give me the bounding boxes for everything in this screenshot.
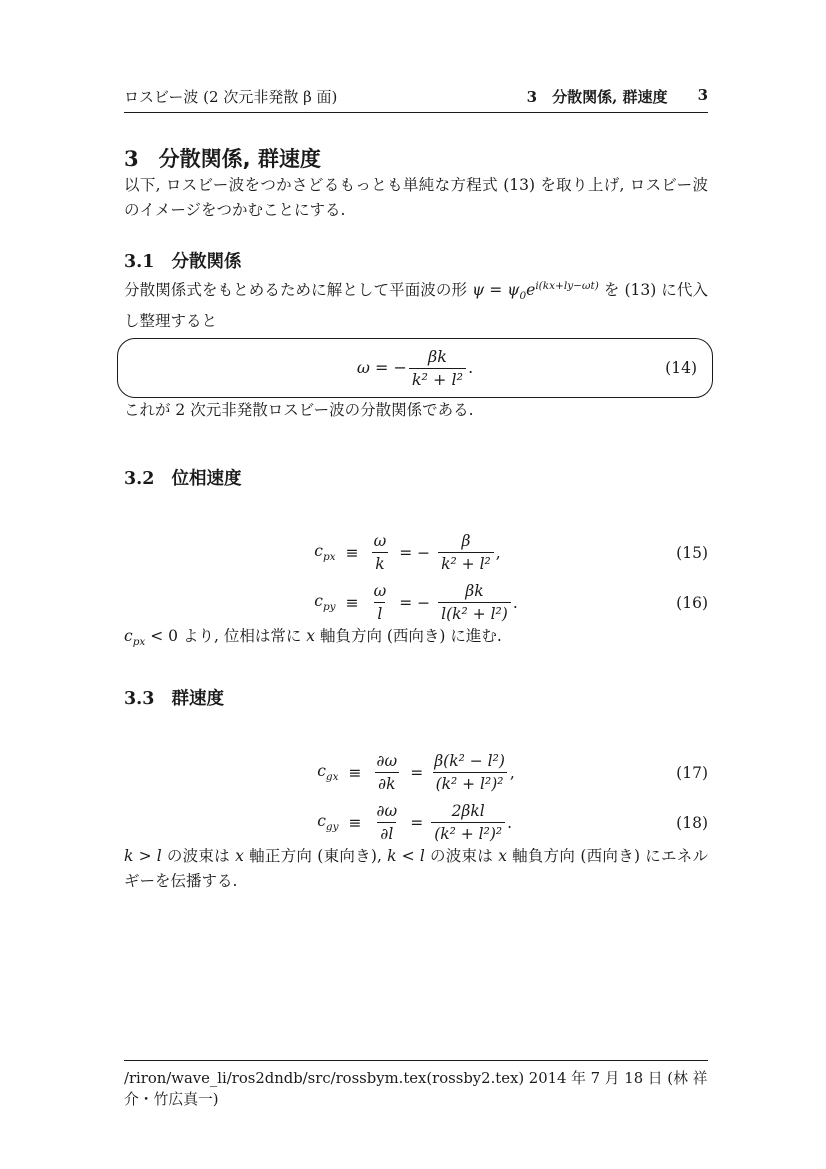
- paragraph-dispersion: 分散関係式をもとめるために解として平面波の形 ψ = ψ0ei(kx+ly−ωt…: [124, 274, 708, 334]
- eq16-punct: .: [513, 594, 518, 612]
- eq16-fraction-1: ωl: [371, 581, 390, 624]
- numerator: ∂ω: [374, 801, 401, 822]
- equation-group-phase-speed: cpx ≡ ωk= −βk² + l², (15) cpy ≡ ωl= −βkl…: [124, 531, 708, 624]
- eq14-denominator: k² + l²: [409, 368, 466, 390]
- math-cpx: cpx: [124, 627, 145, 645]
- header-document-title: ロスビー波 (2 次元非発散 β 面): [124, 86, 337, 107]
- math-c: c: [314, 592, 323, 610]
- eq18-relation: ≡: [349, 814, 362, 832]
- math-sub: py: [323, 601, 336, 613]
- eq16-rhs: ωl= −βkl(k² + l²).: [369, 581, 518, 624]
- eq17-punct: ,: [510, 764, 515, 782]
- text-segment: < 0 より, 位相は常に: [145, 627, 306, 645]
- spacer: [124, 772, 317, 773]
- text-segment: の波束は: [162, 847, 235, 865]
- math-c: c: [317, 762, 326, 780]
- equation-number-17: (17): [676, 764, 708, 782]
- numerator: ω: [371, 581, 390, 602]
- numerator: β(k² − l²): [431, 751, 508, 772]
- text-block: ロスビー波 (2 次元非発散 β 面) 3 分散関係, 群速度 3 3分散関係,…: [124, 0, 708, 894]
- eq14-lhs: ω = −: [357, 358, 407, 377]
- eq18-punct: .: [507, 814, 512, 832]
- intro-paragraph: 以下, ロスビー波をつかさどるもっとも単純な方程式 (13) を取り上げ, ロス…: [124, 173, 708, 223]
- eq16-lhs: cpy: [314, 592, 335, 613]
- page-footer: /riron/wave_li/ros2dndb/src/rossbym.tex(…: [124, 1060, 708, 1109]
- eq14-numerator: βk: [425, 347, 450, 368]
- eq15-rhs: ωk= −βk² + l²,: [369, 531, 501, 574]
- after-box-text: これが 2 次元非発散ロスビー波の分散関係である.: [124, 398, 708, 423]
- spacer: [124, 602, 314, 603]
- numerator: βk: [462, 581, 486, 602]
- eq14-punct: .: [468, 358, 473, 377]
- eq15-lhs: cpx: [314, 542, 335, 563]
- equation-number-18: (18): [676, 814, 708, 832]
- paragraph-energy-propagation: k > l の波束は x 軸正方向 (東向き), k < l の波束は x 軸負…: [124, 844, 708, 894]
- text-segment: 軸正方向 (東向き),: [244, 847, 387, 865]
- eq16-relation: ≡: [346, 594, 359, 612]
- math-c: c: [314, 542, 323, 560]
- eq16-equals: = −: [399, 594, 430, 612]
- paragraph-phase-direction: cpx < 0 より, 位相は常に x 軸負方向 (西向き) に進む.: [124, 624, 708, 655]
- eq18-equals: =: [410, 814, 423, 832]
- math-k-gt-l: k > l: [124, 847, 162, 865]
- document-page: ロスビー波 (2 次元非発散 β 面) 3 分散関係, 群速度 3 3分散関係,…: [0, 0, 826, 1169]
- numerator: 2βkl: [449, 801, 488, 822]
- subsection-heading-3-2: 3.2位相速度: [124, 467, 708, 491]
- equation-box-14: ω = −βkk² + l². (14): [117, 338, 713, 398]
- equation-number-15: (15): [676, 544, 708, 562]
- math-x: x: [235, 847, 244, 865]
- denominator: (k² + l²)²: [433, 772, 507, 794]
- denominator: k² + l²: [438, 552, 494, 574]
- equation-group-group-velocity: cgx ≡ ∂ω∂k=β(k² − l²)(k² + l²)², (17) cg…: [124, 751, 708, 844]
- subsection-title: 位相速度: [171, 469, 241, 489]
- text-segment: 分散関係式をもとめるために解として平面波の形: [124, 281, 472, 299]
- eq18-rhs: ∂ω∂l=2βkl(k² + l²)².: [372, 801, 513, 844]
- denominator: ∂l: [377, 822, 396, 844]
- subsection-heading-3-3: 3.3群速度: [124, 687, 708, 711]
- math-psi: ψ = ψ: [472, 281, 519, 299]
- section-title: 分散関係, 群速度: [159, 147, 321, 171]
- subsection-title: 群速度: [171, 689, 224, 709]
- denominator: (k² + l²)²: [431, 822, 505, 844]
- subsection-number: 3.3: [124, 689, 154, 709]
- footer-source-path: /riron/wave_li/ros2dndb/src/rossbym.tex(…: [124, 1070, 707, 1108]
- eq16-fraction-2: βkl(k² + l²): [438, 581, 511, 624]
- subsection-number: 3.1: [124, 252, 154, 272]
- inline-math-planewave: ψ = ψ0ei(kx+ly−ωt): [472, 281, 599, 299]
- equation-number-14: (14): [665, 359, 697, 377]
- section-heading: 3分散関係, 群速度: [124, 145, 708, 173]
- header-page-number: 3: [698, 86, 708, 107]
- eq14-fraction: βkk² + l²: [409, 347, 466, 390]
- subsection-title: 分散関係: [171, 252, 241, 272]
- math-c: c: [124, 627, 133, 645]
- denominator: l(k² + l²): [438, 602, 511, 624]
- eq17-equals: =: [410, 764, 423, 782]
- eq17-fraction-1: ∂ω∂k: [374, 751, 401, 794]
- eq17-fraction-2: β(k² − l²)(k² + l²)²: [431, 751, 508, 794]
- math-x: x: [498, 847, 507, 865]
- eq17-relation: ≡: [349, 764, 362, 782]
- eq17-lhs: cgx: [317, 762, 338, 783]
- math-sub: px: [133, 636, 146, 648]
- math-c: c: [317, 812, 326, 830]
- eq17-rhs: ∂ω∂k=β(k² − l²)(k² + l²)²,: [372, 751, 515, 794]
- numerator: β: [458, 531, 473, 552]
- spacer: [124, 822, 317, 823]
- equation-number-16: (16): [676, 594, 708, 612]
- denominator: k: [372, 552, 387, 574]
- section-number: 3: [124, 146, 139, 171]
- denominator: ∂k: [375, 772, 398, 794]
- numerator: ω: [371, 531, 390, 552]
- text-segment: の波束は: [425, 847, 498, 865]
- eq15-equals: = −: [399, 544, 430, 562]
- math-exponent: i(kx+ly−ωt): [535, 280, 599, 292]
- math-sub: px: [323, 551, 336, 563]
- header-right: 3 分散関係, 群速度 3: [527, 86, 708, 107]
- eq15-fraction-2: βk² + l²: [438, 531, 494, 574]
- eq15-fraction-1: ωk: [371, 531, 390, 574]
- eq15-punct: ,: [496, 544, 501, 562]
- math-sub: gx: [326, 771, 339, 783]
- numerator: ∂ω: [374, 751, 401, 772]
- eq18-lhs: cgy: [317, 812, 338, 833]
- math-e: e: [526, 281, 535, 299]
- math-sub: gy: [326, 821, 339, 833]
- denominator: l: [374, 602, 385, 624]
- subsection-number: 3.2: [124, 469, 154, 489]
- math-x: x: [306, 627, 315, 645]
- eq18-fraction-2: 2βkl(k² + l²)²: [431, 801, 505, 844]
- subsection-heading-3-1: 3.1分散関係: [124, 250, 708, 274]
- equation-14: ω = −βkk² + l².: [357, 347, 473, 390]
- eq15-relation: ≡: [346, 544, 359, 562]
- text-segment: 軸負方向 (西向き) に進む.: [315, 627, 502, 645]
- spacer: [124, 552, 314, 553]
- header-section-label: 3 分散関係, 群速度: [527, 86, 668, 107]
- running-header: ロスビー波 (2 次元非発散 β 面) 3 分散関係, 群速度 3: [124, 86, 708, 113]
- math-k-lt-l: k < l: [387, 847, 425, 865]
- eq18-fraction-1: ∂ω∂l: [374, 801, 401, 844]
